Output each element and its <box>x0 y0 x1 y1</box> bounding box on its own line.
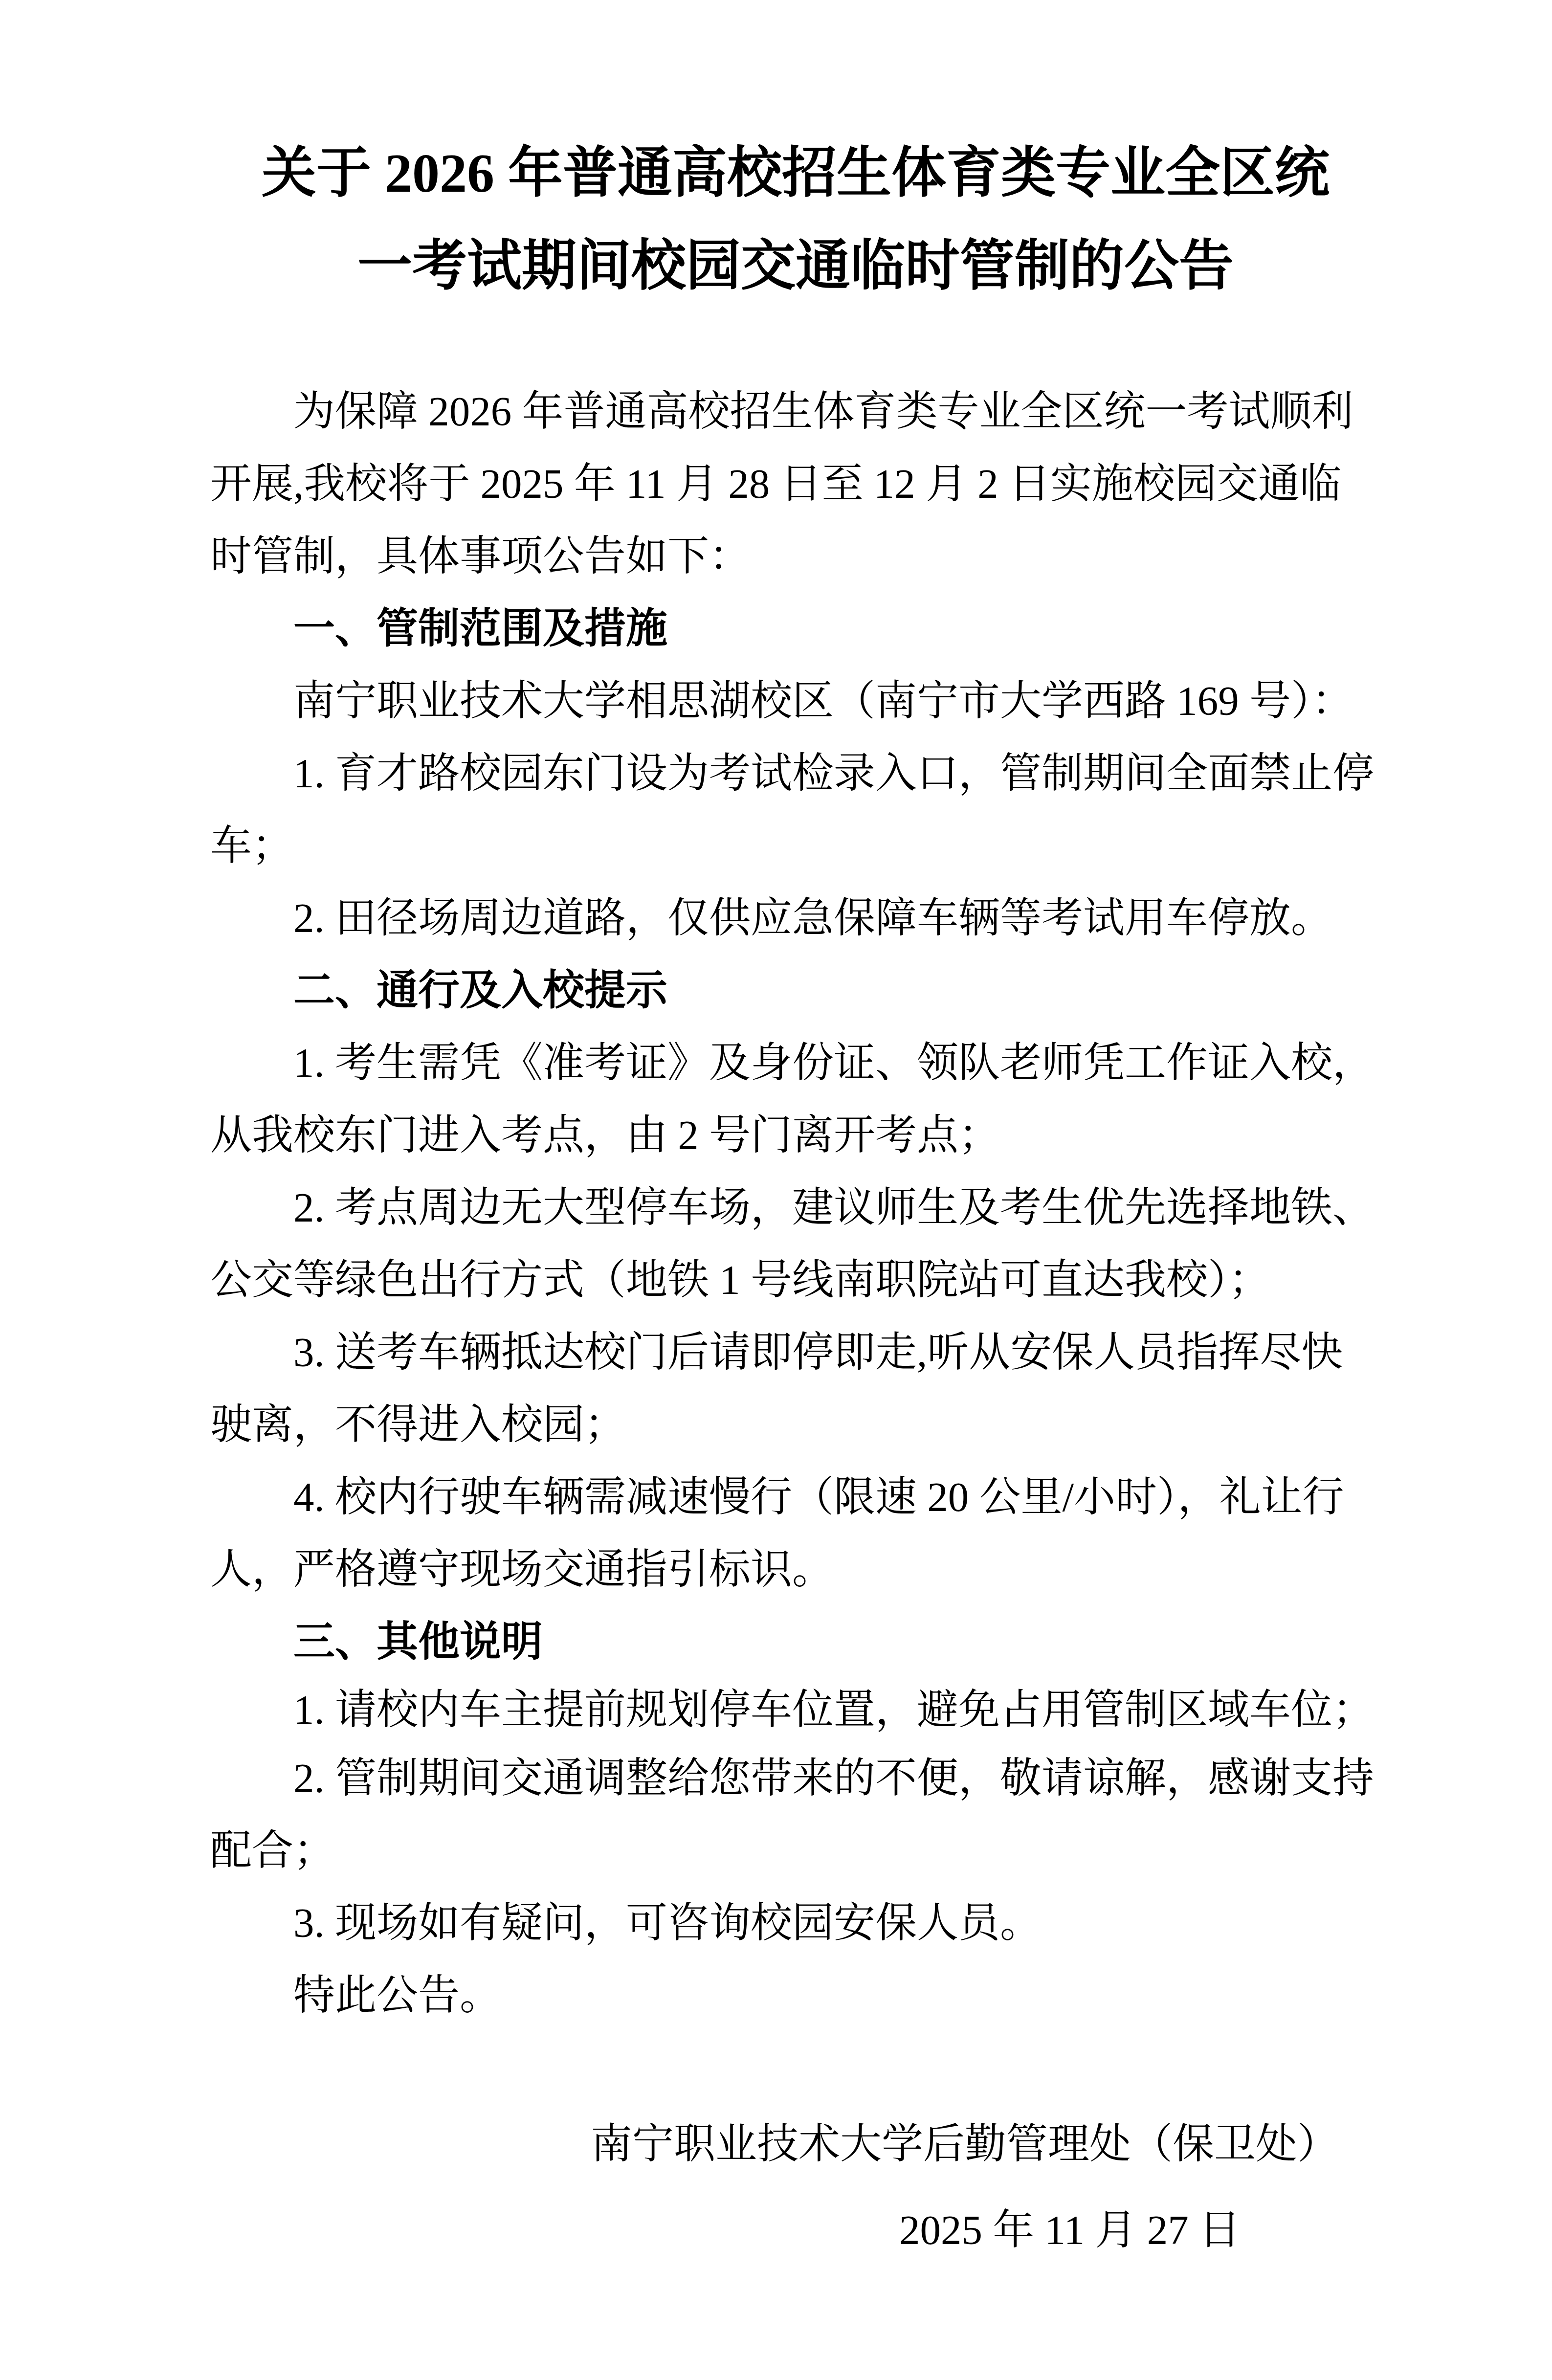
intro-line-1: 为保障 2026 年普通高校招生体育类专业全区统一考试顺利 <box>210 376 1381 448</box>
section2-item1-line1: 1. 考生需凭《准考证》及身份证、领队老师凭工作证入校， <box>210 1027 1381 1099</box>
section2-heading: 二、通行及入校提示 <box>210 955 1381 1027</box>
document-title: 关于 2026 年普通高校招生体育类专业全区统 一考试期间校园交通临时管制的公告 <box>210 127 1381 313</box>
intro-line-2: 开展,我校将于 2025 年 11 月 28 日至 12 月 2 日实施校园交通… <box>210 448 1381 520</box>
document-body: 为保障 2026 年普通高校招生体育类专业全区统一考试顺利 开展,我校将于 20… <box>210 376 1381 2032</box>
section3-heading: 三、其他说明 <box>210 1606 1381 1678</box>
section1-heading: 一、管制范围及措施 <box>210 593 1381 665</box>
section3-item3: 3. 现场如有疑问，可咨询校园安保人员。 <box>210 1887 1381 1959</box>
notice-document-page: 关于 2026 年普通高校招生体育类专业全区统 一考试期间校园交通临时管制的公告… <box>0 0 1552 2380</box>
title-line-1: 关于 2026 年普通高校招生体育类专业全区统 <box>210 127 1381 220</box>
section2-item1-line2: 从我校东门进入考点，由 2 号门离开考点； <box>210 1099 1381 1172</box>
section2-item3-line2: 驶离，不得进入校园； <box>210 1389 1381 1461</box>
closing-statement: 特此公告。 <box>210 1959 1381 2032</box>
section2-item2-line2: 公交等绿色出行方式（地铁 1 号线南职院站可直达我校）； <box>210 1244 1381 1316</box>
section1-campus-line: 南宁职业技术大学相思湖校区（南宁市大学西路 169 号）： <box>210 665 1381 737</box>
section2-item2-line1: 2. 考点周边无大型停车场，建议师生及考生优先选择地铁、 <box>210 1172 1381 1244</box>
section3-item2-line1: 2. 管制期间交通调整给您带来的不便，敬请谅解，感谢支持 <box>210 1742 1381 1815</box>
section3-item2-line2: 配合； <box>210 1815 1381 1887</box>
section2-item3-line1: 3. 送考车辆抵达校门后请即停即走,听从安保人员指挥尽快 <box>210 1316 1381 1389</box>
section3-item1: 1. 请校内车主提前规划停车位置，避免占用管制区域车位； <box>210 1678 1381 1742</box>
section1-item1-line2: 车； <box>210 810 1381 882</box>
intro-line-3: 时管制，具体事项公告如下： <box>210 520 1381 593</box>
document-content: 关于 2026 年普通高校招生体育类专业全区统 一考试期间校园交通临时管制的公告… <box>0 0 1552 2267</box>
section1-item2: 2. 田径场周边道路，仅供应急保障车辆等考试用车停放。 <box>210 882 1381 955</box>
section2-item4-line1: 4. 校内行驶车辆需减速慢行（限速 20 公里/小时），礼让行 <box>210 1461 1381 1534</box>
signature-date: 2025 年 11 月 27 日 <box>210 2194 1381 2267</box>
section1-item1-line1: 1. 育才路校园东门设为考试检录入口，管制期间全面禁止停 <box>210 737 1381 810</box>
title-line-2: 一考试期间校园交通临时管制的公告 <box>210 220 1381 313</box>
section2-item4-line2: 人，严格遵守现场交通指引标识。 <box>210 1534 1381 1606</box>
signature-issuer: 南宁职业技术大学后勤管理处（保卫处） <box>210 2108 1381 2180</box>
